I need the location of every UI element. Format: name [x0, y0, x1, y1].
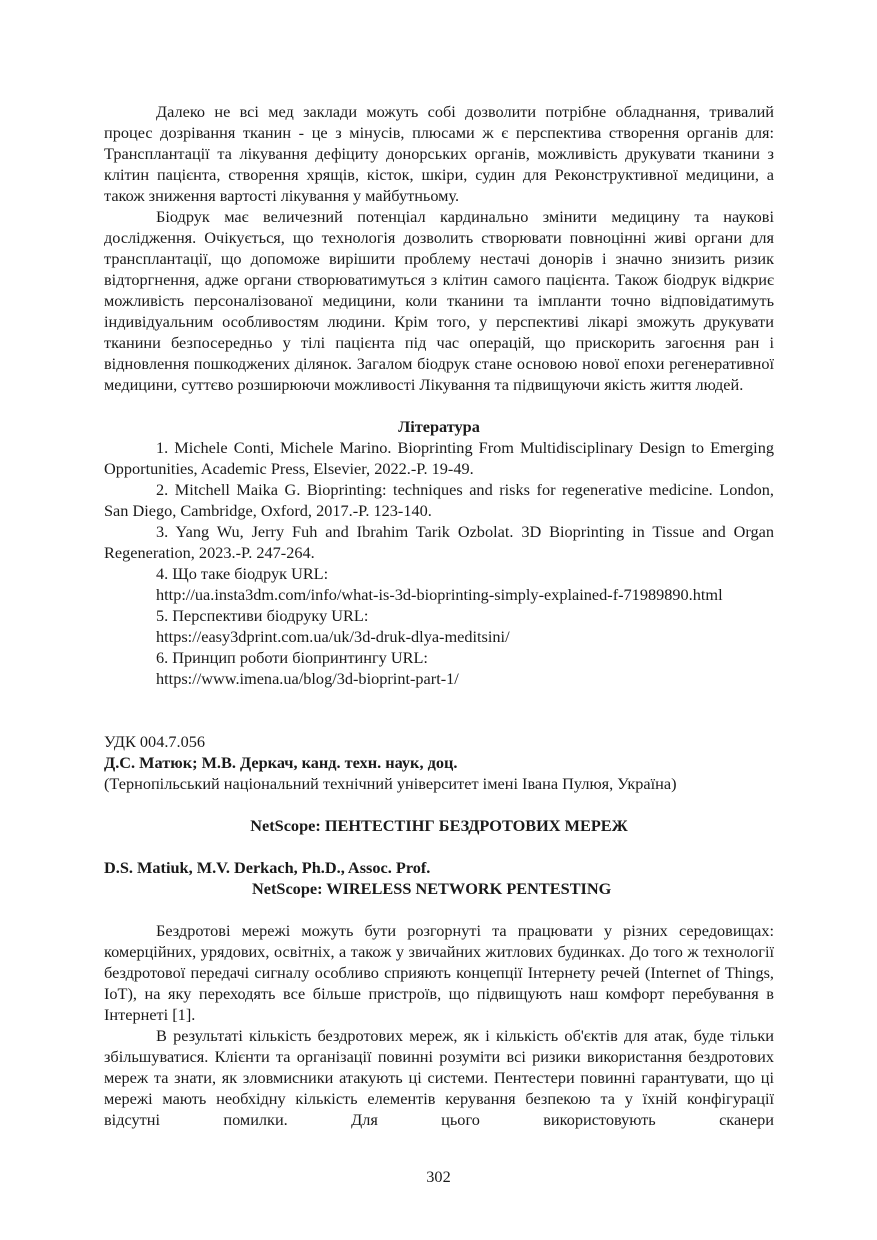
- authors-ua: Д.С. Матюк; М.В. Деркач, канд. техн. нау…: [104, 752, 774, 773]
- reference-url[interactable]: https://www.imena.ua/blog/3d-bioprint-pa…: [104, 668, 774, 689]
- authors-en: D.S. Matiuk, M.V. Derkach, Ph.D., Assoc.…: [104, 857, 774, 878]
- reference-item: 5. Перспективи біодруку URL:: [104, 605, 774, 626]
- body-paragraph: Бездротові мережі можуть бути розгорнуті…: [104, 920, 774, 1025]
- reference-url[interactable]: http://ua.insta3dm.com/info/what-is-3d-b…: [104, 584, 774, 605]
- page-number: 302: [0, 1167, 877, 1187]
- reference-item: 4. Що таке біодрук URL:: [104, 563, 774, 584]
- udk-code: УДК 004.7.056: [104, 731, 774, 752]
- spacer: [104, 836, 774, 857]
- reference-item: 6. Принцип роботи біопринтингу URL:: [104, 647, 774, 668]
- reference-item: 1. Michele Conti, Michele Marino. Biopri…: [104, 437, 774, 479]
- reference-url[interactable]: https://easy3dprint.com.ua/uk/3d-druk-dl…: [104, 626, 774, 647]
- document-page: Далеко не всі мед заклади можуть собі до…: [104, 101, 774, 1130]
- reference-item: 2. Mitchell Maika G. Bioprinting: techni…: [104, 479, 774, 521]
- article-title-ua: NetScope: ПЕНТЕСТІНГ БЕЗДРОТОВИХ МЕРЕЖ: [104, 815, 774, 836]
- spacer: [104, 689, 774, 731]
- body-paragraph: В результаті кількість бездротових мереж…: [104, 1025, 774, 1130]
- spacer: [104, 899, 774, 920]
- article-title-en: NetScope: WIRELESS NETWORK PENTESTING: [104, 878, 774, 899]
- affiliation: (Тернопільський національний технічний у…: [104, 773, 774, 794]
- references-heading: Література: [104, 416, 774, 437]
- reference-item: 3. Yang Wu, Jerry Fuh and Ibrahim Tarik …: [104, 521, 774, 563]
- references-list: 1. Michele Conti, Michele Marino. Biopri…: [104, 437, 774, 689]
- spacer: [104, 395, 774, 416]
- body-paragraph: Далеко не всі мед заклади можуть собі до…: [104, 101, 774, 206]
- spacer: [104, 794, 774, 815]
- body-paragraph: Біодрук має величезний потенціал кардина…: [104, 206, 774, 395]
